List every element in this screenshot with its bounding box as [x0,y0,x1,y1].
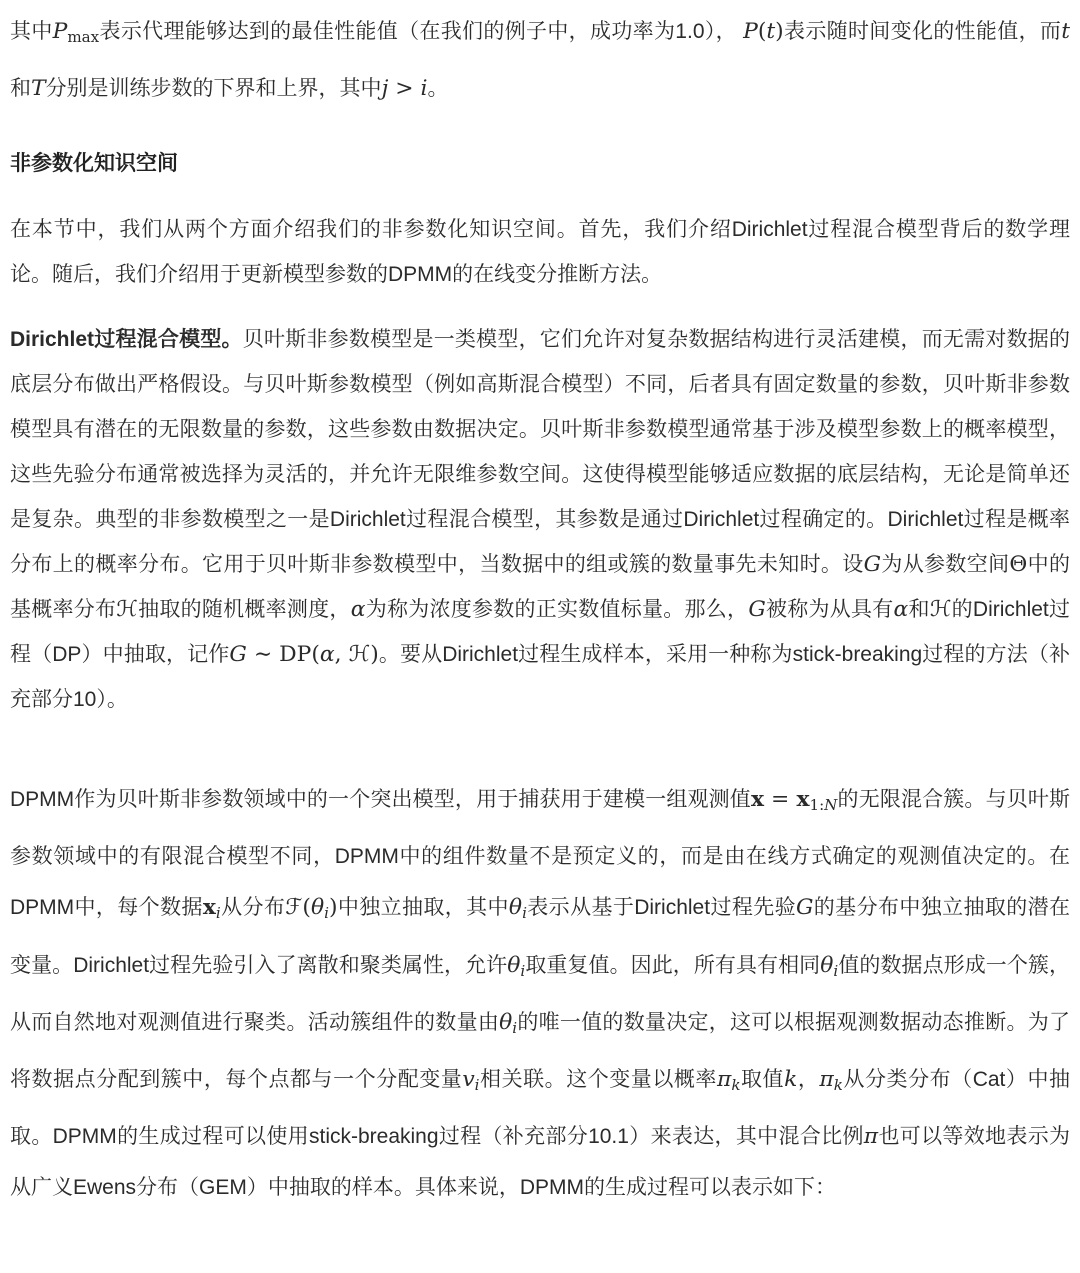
math-italic-run: P [53,19,68,44]
math-italic-run: α [351,597,366,622]
bold-text-run: 非参数化知识空间 [10,152,178,175]
paragraph-performance-definition: 其中Pmax表示代理能够达到的最佳性能值（在我们的例子中，成功率为1.0）， P… [10,6,1070,115]
math-italic-run: G [796,895,813,920]
math-italic-run: θ [311,895,324,920]
math-italic-run: α [894,597,909,622]
math-italic-run: P [743,19,758,44]
math-bold-run: x [796,786,809,812]
math-roman-run: = [764,787,796,812]
text-run: 。 [428,77,449,100]
math-roman-run: > [388,76,420,101]
math-roman-run: Θ [1009,552,1027,577]
paragraph-dpmm-generative-process: DPMM作为贝叶斯非参数领域中的一个突出模型，用于捕获用于建模一组观测值x = … [10,774,1070,1213]
math-italic-run: v [462,1067,474,1092]
math-subscript-run: N [824,796,837,814]
math-subscript-run: max [67,28,99,46]
text-run: 表示从基于Dirichlet过程先验 [527,896,796,919]
math-calligraphic-run: ℋ [930,597,952,622]
paragraph-dirichlet-process-mixture-model: Dirichlet过程混合模型。贝叶斯非参数模型是一类模型，它们允许对复杂数据结… [10,317,1070,722]
math-italic-run: i [421,76,428,101]
math-bold-run: x [751,786,764,812]
math-italic-run: t [1061,19,1070,44]
text-run: 表示代理能够达到的最佳性能值（在我们的例子中，成功率为1.0）， [99,20,743,43]
math-italic-run: π [819,1067,833,1092]
section-heading-nonparametric-knowledge-space: 非参数化知识空间 [10,149,1070,179]
text-run: 和 [10,77,31,100]
math-calligraphic-run: ℱ [285,895,302,920]
document-page: 其中Pmax表示代理能够达到的最佳性能值（在我们的例子中，成功率为1.0）， P… [0,0,1080,1213]
text-run: 贝叶斯非参数模型是一类模型，它们允许对复杂数据结构进行灵活建模，而无需对数据的底… [10,328,1070,576]
math-roman-run: ) [370,642,379,667]
text-run: 为从参数空间 [881,553,1009,576]
text-run: 从分布 [221,896,286,919]
math-italic-run: k [784,1067,797,1092]
text-run: 相关联。这个变量以概率 [480,1068,717,1091]
math-roman-run: ) [775,19,784,44]
text-run: 和 [908,598,930,621]
text-run: 在本节中，我们从两个方面介绍我们的非参数化知识空间。首先，我们介绍Dirichl… [10,218,1070,286]
math-italic-run: t [766,19,775,44]
text-run: 取重复值。因此，所有具有相同 [525,954,820,977]
math-italic-run: θ [507,953,520,978]
math-subscript-run: k [834,1076,843,1094]
text-run: 抽取的随机概率测度， [138,598,351,621]
math-italic-run: T [31,76,46,101]
math-subscript-run: 1: [809,796,824,814]
math-calligraphic-run: ℋ [116,597,138,622]
math-italic-run: θ [499,1010,512,1035]
math-roman-run: , [335,642,349,667]
text-run: ， [797,1068,819,1091]
text-run: 为称为浓度参数的正实数值标量。那么， [365,598,748,621]
math-italic-run: G [864,552,881,577]
text-run: DPMM作为贝叶斯非参数领域中的一个突出模型，用于捕获用于建模一组观测值 [10,788,751,811]
text-run: 分别是训练步数的下界和上界，其中 [46,77,382,100]
math-italic-run: π [864,1124,878,1149]
math-roman-run: ( [302,895,311,920]
math-italic-run: α [320,642,335,667]
math-italic-run: G [748,597,765,622]
text-run: 被称为从具有 [766,598,894,621]
math-roman-run: ∼ DP( [247,642,320,667]
text-run: 表示随时间变化的性能值，而 [784,20,1062,43]
math-italic-run: θ [509,895,522,920]
math-calligraphic-run: ℋ [349,642,371,667]
text-run: 其中 [10,20,53,43]
math-italic-run: π [717,1067,731,1092]
math-italic-run: θ [820,953,833,978]
math-italic-run: G [229,642,246,667]
paragraph-section-intro: 在本节中，我们从两个方面介绍我们的非参数化知识空间。首先，我们介绍Dirichl… [10,207,1070,297]
math-bold-run: x [203,894,216,920]
text-run: 取值 [740,1068,784,1091]
text-run: 中独立抽取，其中 [337,896,508,919]
bold-text-run: Dirichlet过程混合模型。 [10,328,243,351]
